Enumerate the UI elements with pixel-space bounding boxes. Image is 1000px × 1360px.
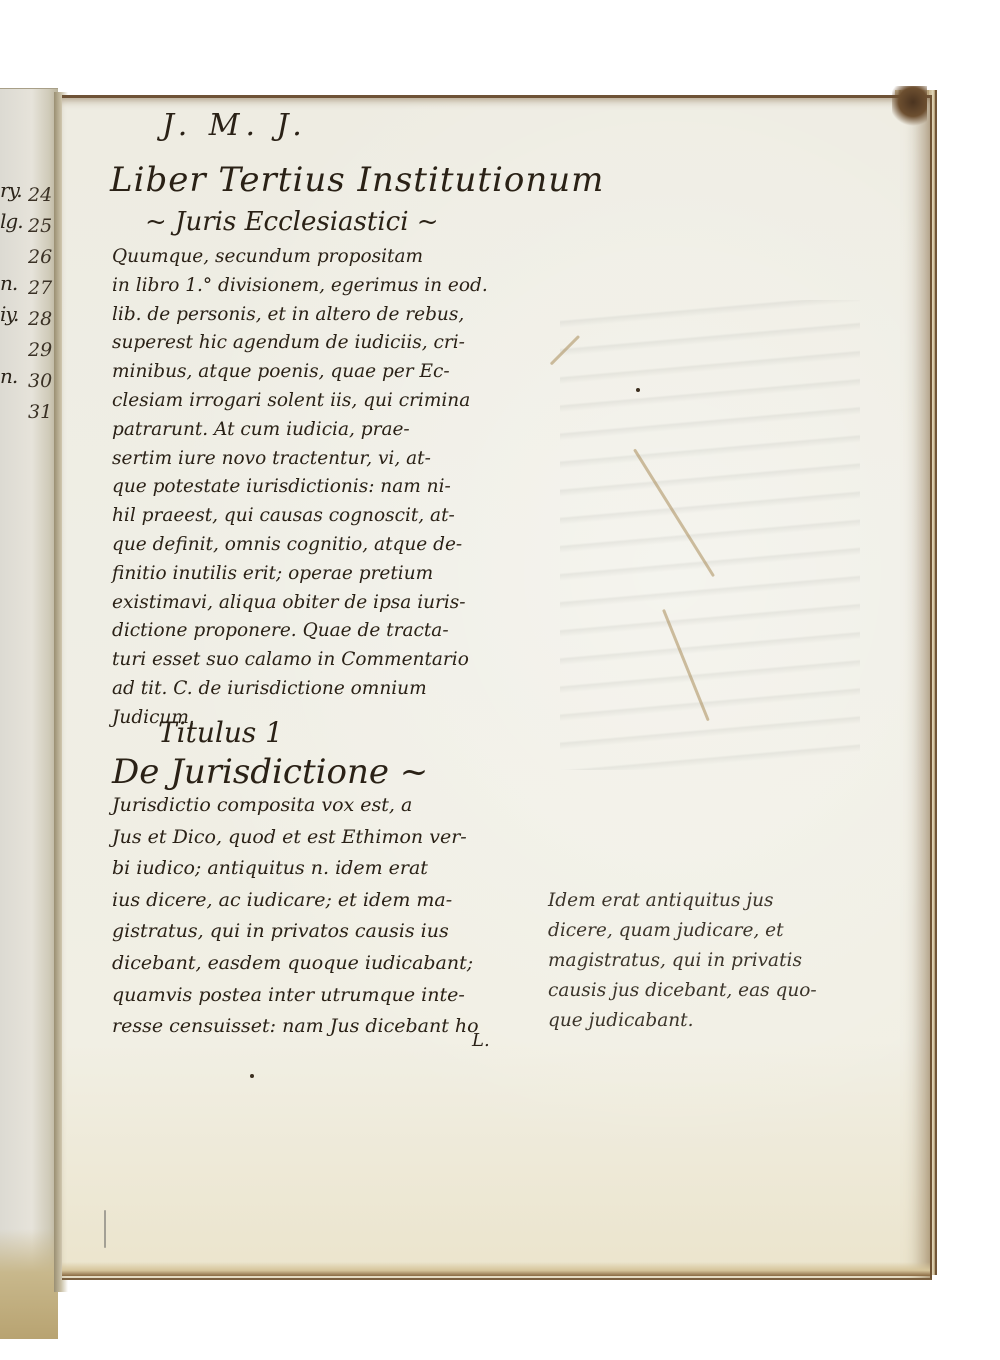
text-line: dictione proponere. Quae de tracta- [112,617,542,646]
text-line: clesiam irrogari solent iis, qui crimina [112,387,542,416]
section-number: Titulus 1 [158,716,283,749]
text-line: hil praeest, qui causas cognoscit, at- [112,502,542,531]
ink-speck [250,1074,254,1078]
invocation: J. M. J. [162,108,308,143]
text-line: ad tit. C. de iurisdictione omnium [112,675,542,704]
text-line: existimavi, aliqua obiter de ipsa iuris- [112,589,542,618]
catchword: L. [472,1030,490,1051]
text-line: que potestate iurisdictionis: nam ni- [112,473,542,502]
bottom-edge-wear [62,1262,930,1276]
section-title: De Jurisdictione ~ [112,752,428,792]
text-line: bi iudico; antiquitus n. idem erat [112,853,542,885]
text-line: in libro 1.° divisionem, egerimus in eod… [112,272,542,301]
text-line: dicebant, easdem quoque iudicabant; [112,948,542,980]
text-line: ius dicere, ac iudicare; et idem ma- [112,885,542,917]
note-line: que judicabant. [548,1006,908,1036]
text-line: minibus, atque poenis, quae per Ec- [112,358,542,387]
book-title: Liber Tertius Institutionum [110,160,604,200]
note-line: magistratus, qui in privatis [548,946,908,976]
note-line: dicere, quam judicare, et [548,916,908,946]
ink-speck [636,388,640,392]
note-line: causis jus dicebant, eas quo- [548,976,908,1006]
worn-corner [892,86,927,126]
text-line: quamvis postea inter utrumque inte- [112,980,542,1012]
photo-background: ry. lg. n. iy. n. 24 25 26 27 28 29 30 3… [0,0,1000,1360]
note-line: Idem erat antiquitus jus [548,886,908,916]
text-line: patrarunt. At cum iudicia, prae- [112,416,542,445]
text-line: Jurisdictio composita vox est, a [112,790,542,822]
text-line: que definit, omnis cognitio, atque de- [112,531,542,560]
intro-paragraph: Quumque, secundum propositam in libro 1.… [112,243,542,733]
text-line: lib. de personis, et in altero de rebus, [112,301,542,330]
margin-note: Idem erat antiquitus jus dicere, quam ju… [548,886,908,1036]
water-stain [0,1229,58,1339]
text-line: turi esset suo calamo in Commentario [112,646,542,675]
text-line: superest hic agendum de iudiciis, cri- [112,329,542,358]
text-line: gistratus, qui in privatos causis ius [112,916,542,948]
ink-show-through [560,300,860,770]
text-line: Quumque, secundum propositam [112,243,542,272]
pencil-mark [104,1210,106,1248]
text-line: finitio inutilis erit; operae pretium [112,560,542,589]
text-line: Jus et Dico, quod et est Ethimon ver- [112,822,542,854]
book-subtitle: ~ Juris Ecclesiastici ~ [145,207,439,237]
text-line: sertim iure novo tractentur, vi, at- [112,445,542,474]
section-paragraph: Jurisdictio composita vox est, a Jus et … [112,790,542,1043]
